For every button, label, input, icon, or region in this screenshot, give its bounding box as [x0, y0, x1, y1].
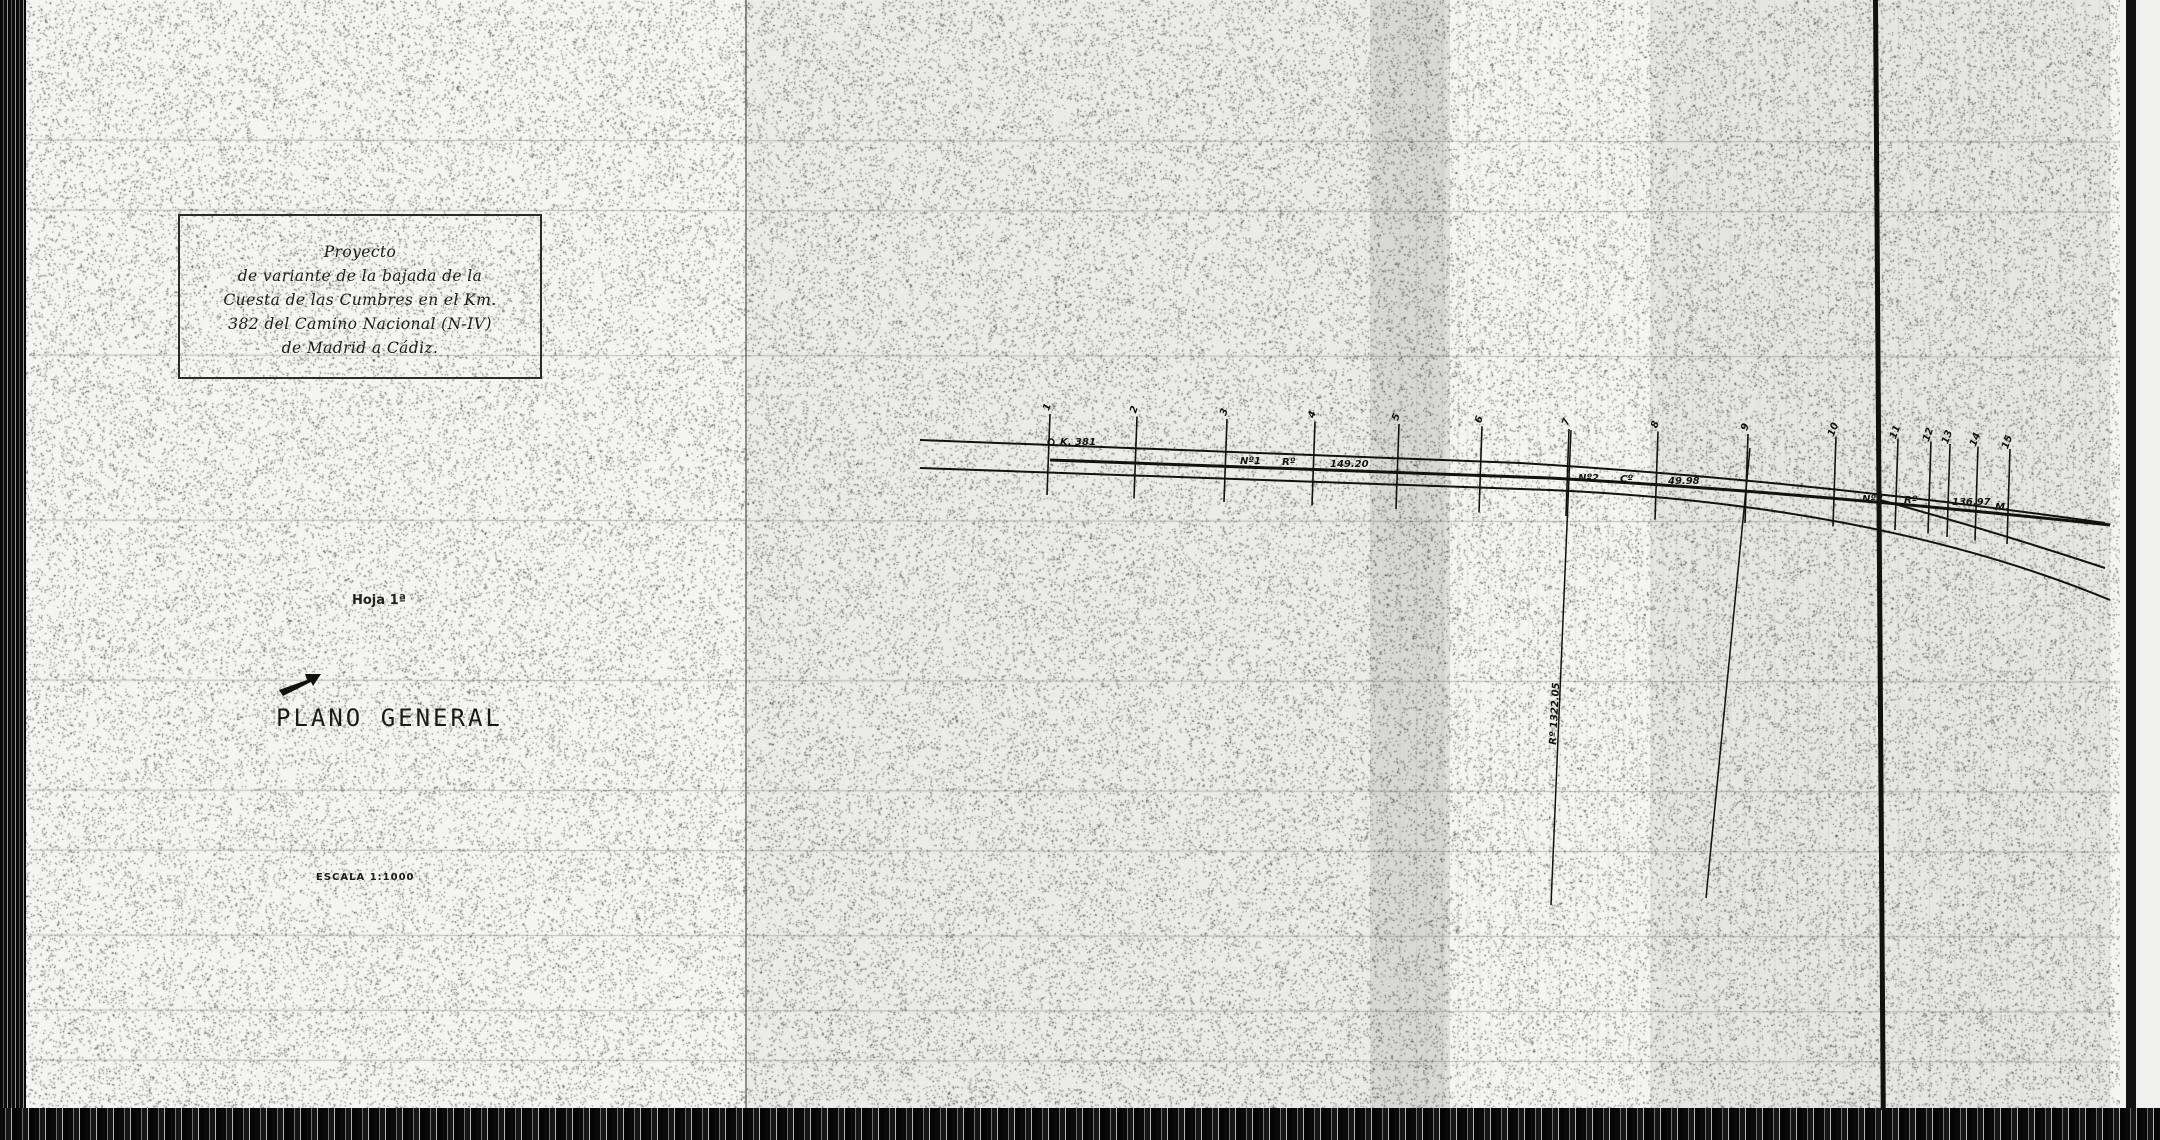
- svg-text:5: 5: [1390, 412, 1403, 422]
- svg-text:49.98: 49.98: [1667, 476, 1700, 487]
- svg-text:3: 3: [1218, 407, 1231, 417]
- station-markers: 123456789101112131415: [1041, 402, 2015, 544]
- svg-text:14: 14: [1968, 431, 1983, 448]
- svg-text:Nº1: Nº1: [1240, 456, 1261, 467]
- plan-sheet: Proyecto de variante de la bajada de la …: [0, 0, 2160, 1140]
- road-plan-drawing: 123456789101112131415 K. 381Nº1Rº149.20N…: [0, 0, 2160, 1140]
- svg-text:6: 6: [1473, 414, 1486, 424]
- svg-text:10: 10: [1826, 421, 1841, 438]
- svg-text:M.: M.: [1995, 502, 2009, 513]
- svg-text:K. 381: K. 381: [1060, 437, 1096, 448]
- svg-text:Cº: Cº: [1620, 474, 1633, 485]
- svg-text:9: 9: [1739, 422, 1752, 432]
- svg-text:1: 1: [1041, 402, 1054, 412]
- svg-text:136.97: 136.97: [1952, 497, 1991, 508]
- svg-text:15: 15: [2000, 434, 2015, 451]
- svg-text:Nº2: Nº2: [1578, 473, 1599, 484]
- svg-text:Rº: Rº: [1904, 495, 1918, 506]
- svg-text:4: 4: [1306, 409, 1319, 420]
- road-alignment: [920, 430, 2110, 905]
- svg-text:8: 8: [1649, 419, 1662, 429]
- svg-text:13: 13: [1940, 429, 1955, 446]
- svg-text:Rº 1322.05: Rº 1322.05: [1548, 682, 1562, 745]
- curve-labels: K. 381Nº1Rº149.20Nº2Cº49.98Nº3Rº136.97M.…: [1060, 437, 2009, 745]
- svg-text:12: 12: [1921, 426, 1936, 443]
- svg-text:11: 11: [1888, 424, 1903, 441]
- svg-text:2: 2: [1128, 404, 1141, 414]
- svg-text:Rº: Rº: [1282, 457, 1296, 468]
- svg-text:149.20: 149.20: [1330, 459, 1369, 470]
- svg-text:7: 7: [1560, 417, 1573, 427]
